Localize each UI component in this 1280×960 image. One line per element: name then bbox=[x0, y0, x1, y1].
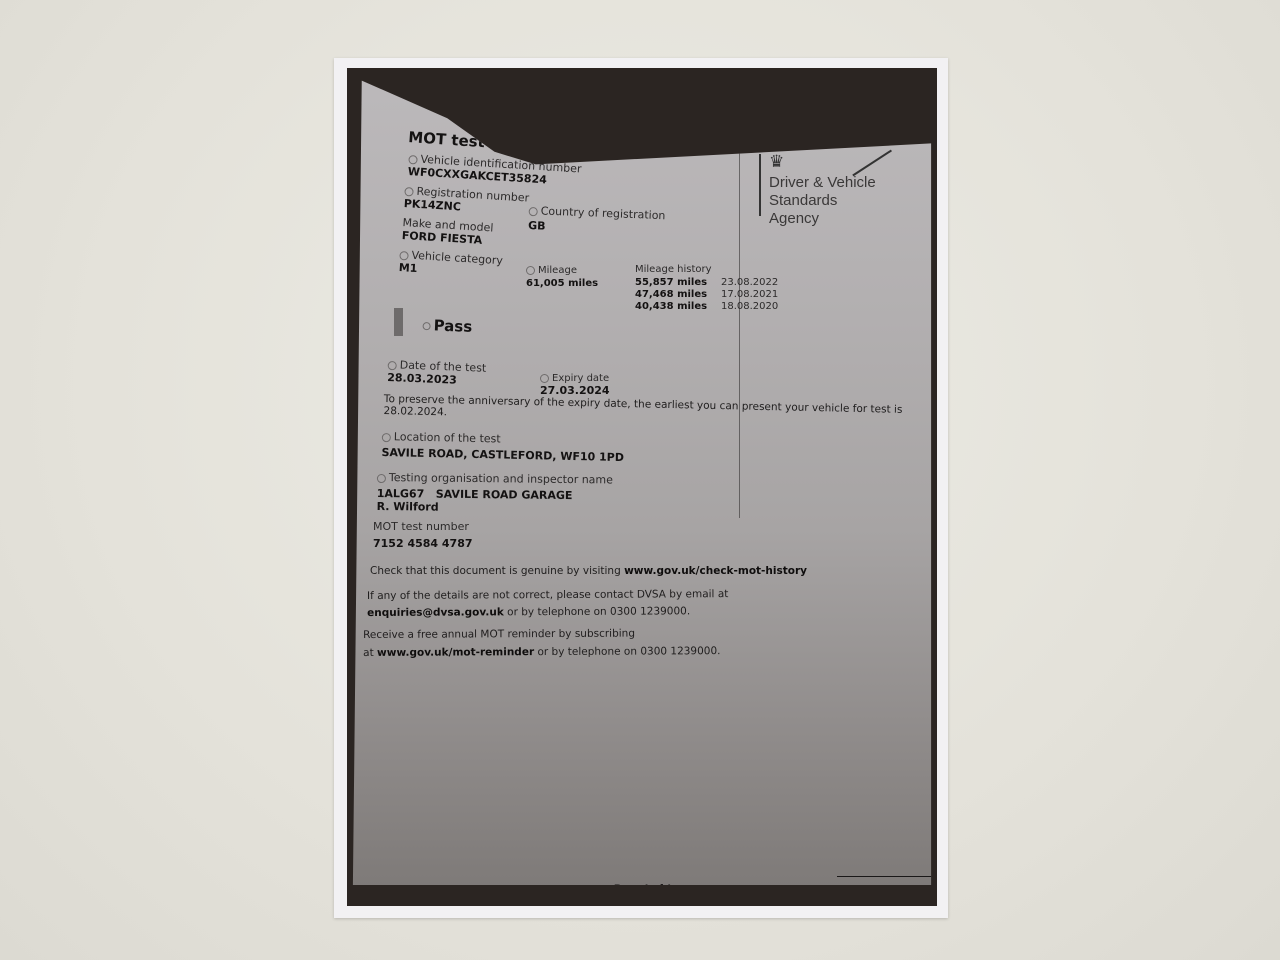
info-bullet-icon bbox=[540, 374, 549, 383]
info-bullet-icon bbox=[408, 154, 418, 164]
info-bullet-icon bbox=[388, 360, 397, 369]
info-bullet-icon bbox=[399, 250, 409, 260]
location-block: Location of the test SAVILE ROAD, CASTLE… bbox=[381, 430, 624, 464]
make-model-block: Make and model FORD FIESTA bbox=[401, 216, 493, 248]
org-name: SAVILE ROAD GARAGE bbox=[436, 488, 573, 502]
test-number-block: MOT test number 7152 4584 4787 bbox=[373, 520, 473, 550]
category-block: Vehicle category M1 bbox=[398, 248, 503, 280]
expiry-value: 27.03.2024 bbox=[540, 384, 610, 397]
vin-block: Vehicle identification number WF0CXXGAKC… bbox=[407, 152, 581, 189]
org-label: Testing organisation and inspector name bbox=[389, 471, 613, 486]
info-bullet-icon bbox=[404, 186, 414, 196]
test-number-label: MOT test number bbox=[373, 520, 473, 533]
location-value: SAVILE ROAD, CASTLEFORD, WF10 1PD bbox=[381, 446, 624, 464]
anniversary-note: To preserve the anniversary of the expir… bbox=[383, 393, 902, 428]
mileage-block: Mileage 61,005 miles bbox=[526, 265, 598, 289]
footer-rule bbox=[837, 876, 932, 877]
reminder-note: Receive a free annual MOT reminder by su… bbox=[363, 624, 721, 662]
expiry-block: Expiry date 27.03.2024 bbox=[540, 373, 610, 397]
country-value: GB bbox=[528, 219, 665, 237]
mileage-history-row: 40,438 miles 18.08.2020 bbox=[635, 301, 778, 312]
info-bullet-icon bbox=[382, 432, 391, 441]
info-bullet-icon bbox=[422, 321, 430, 329]
info-bullet-icon bbox=[529, 206, 538, 215]
country-block: Country of registration GB bbox=[528, 204, 666, 237]
info-bullet-icon bbox=[377, 473, 386, 482]
mot-certificate: MOT test certificate Vehicle identificat… bbox=[347, 68, 937, 906]
mileage-value: 61,005 miles bbox=[526, 278, 598, 289]
mileage-history-row: 47,468 miles 17.08.2021 bbox=[635, 289, 778, 300]
agency-name: Driver & Vehicle Standards Agency bbox=[769, 174, 876, 228]
scanned-frame: MOT test certificate Vehicle identificat… bbox=[347, 68, 937, 906]
org-code: 1ALG67 bbox=[377, 487, 425, 500]
info-bullet-icon bbox=[526, 266, 535, 275]
test-result: Pass bbox=[422, 316, 472, 336]
slash-mark bbox=[852, 150, 891, 176]
contact-email-link[interactable]: enquiries@dvsa.gov.uk bbox=[367, 606, 504, 619]
royal-crest-icon: ♛ bbox=[769, 152, 784, 172]
check-mot-history-link[interactable]: www.gov.uk/check-mot-history bbox=[624, 565, 807, 577]
organisation-block: Testing organisation and inspector name … bbox=[377, 471, 613, 515]
test-result-value: Pass bbox=[433, 316, 472, 335]
dvsa-logo: ♛ Driver & Vehicle Standards Agency bbox=[759, 148, 919, 238]
registration-block: Registration number PK14ZNC bbox=[403, 184, 529, 218]
mileage-label: Mileage bbox=[538, 265, 577, 276]
location-label: Location of the test bbox=[394, 430, 501, 445]
column-divider bbox=[739, 128, 740, 518]
mileage-history-row: 55,857 miles 23.08.2022 bbox=[635, 277, 778, 288]
printed-sheet: MOT test certificate Vehicle identificat… bbox=[334, 58, 948, 918]
mileage-history-label: Mileage history bbox=[635, 264, 778, 275]
expiry-label: Expiry date bbox=[552, 373, 609, 384]
test-number-value: 7152 4584 4787 bbox=[373, 537, 473, 550]
page-number: Page 1 of 1 bbox=[614, 883, 672, 895]
test-date-block: Date of the test 28.03.2023 bbox=[387, 358, 486, 388]
contact-note: If any of the details are not correct, p… bbox=[367, 586, 728, 622]
check-note: Check that this document is genuine by v… bbox=[370, 565, 807, 577]
mileage-history: Mileage history 55,857 miles 23.08.2022 … bbox=[635, 264, 778, 312]
inspector-name: R. Wilford bbox=[377, 500, 613, 515]
mot-reminder-link[interactable]: www.gov.uk/mot-reminder bbox=[377, 646, 534, 659]
result-marker bbox=[394, 308, 403, 336]
logo-divider bbox=[759, 154, 761, 216]
